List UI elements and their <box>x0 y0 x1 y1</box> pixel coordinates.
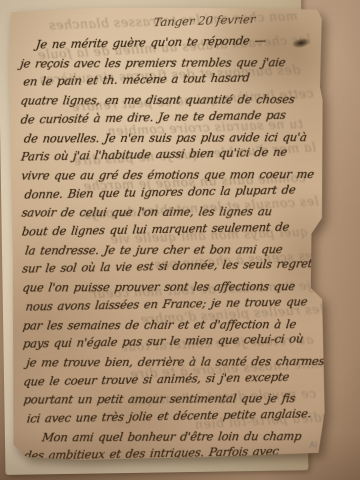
handwriting-line: Je ne mérite guère qu'on te réponde — <box>35 30 326 54</box>
letter-sheet: mon cher ami les terrasses blanchesles c… <box>8 5 327 460</box>
letter-sheet-wrap: mon cher ami les terrasses blanchesles c… <box>8 5 327 460</box>
scanned-letter-photo: mon cher ami les terrasses blanchesles c… <box>0 0 360 480</box>
handwriting-line: en le pain et th. mécène a tout hasard <box>22 67 326 91</box>
handwriting-line: pays qui n'égale pas sur le mien que cel… <box>22 329 326 353</box>
handwriting-layer: Je ne mérite guère qu'on te réponde —je … <box>20 32 326 460</box>
handwriting-line: Paris où j'ai l'habitude aussi bien qu'i… <box>20 142 326 166</box>
handwriting-line: sur le sol où la vie est si donnée, les … <box>21 254 326 278</box>
corner-mark: Al <box>309 440 317 449</box>
